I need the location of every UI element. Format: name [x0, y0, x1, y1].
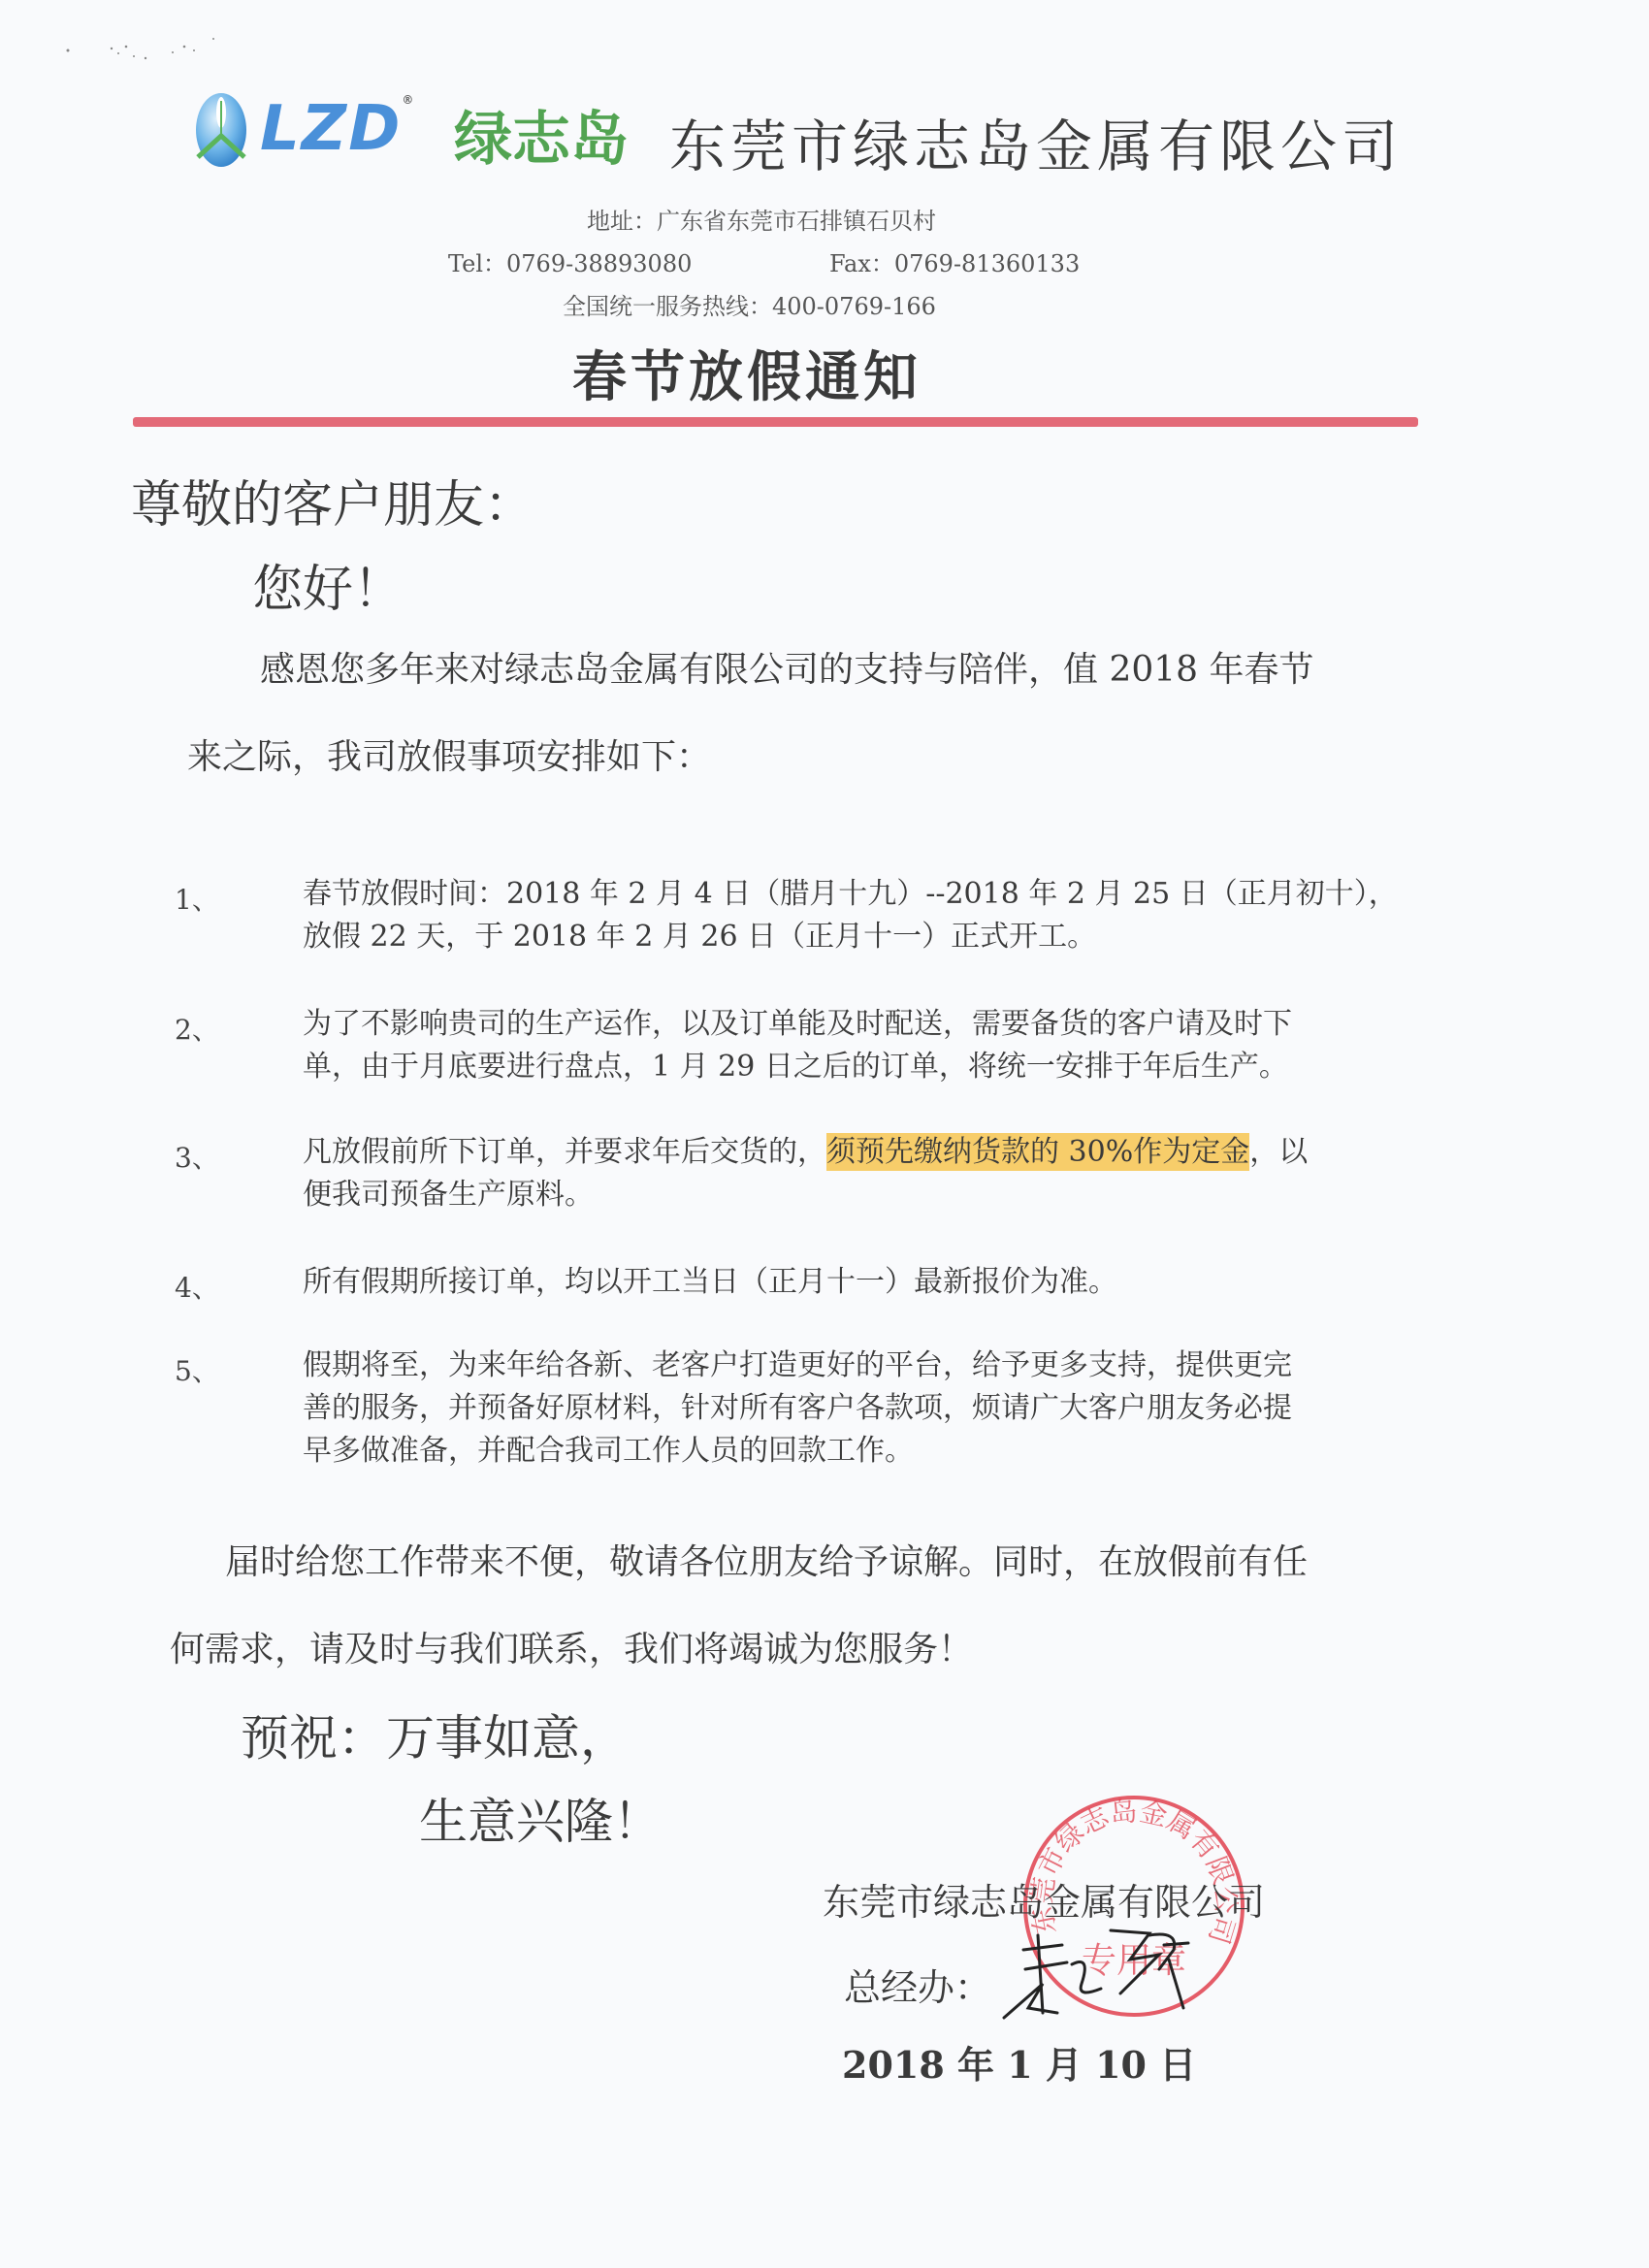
- item-text-line: 放假 22 天，于 2018 年 2 月 26 日（正月十一）正式开工。: [303, 916, 1096, 958]
- item-text-line: 春节放假时间：2018 年 2 月 4 日（腊月十九）--2018 年 2 月 …: [303, 873, 1398, 916]
- handwritten-signature: [985, 1916, 1208, 2023]
- item-number: 3、: [175, 1137, 219, 1176]
- signature-date: 2018 年 1 月 10 日: [842, 2035, 1196, 2089]
- scan-speckle: [58, 29, 252, 78]
- hotline: 全国统一服务热线：400-0769-166: [563, 287, 936, 321]
- intro-line-1: 感恩您多年来对绿志岛金属有限公司的支持与陪伴，值 2018 年春节: [260, 642, 1314, 692]
- closing-line-2: 何需求，请及时与我们联系，我们将竭诚为您服务！: [170, 1622, 973, 1671]
- item-text-line: 所有假期所接订单，均以开工当日（正月十一）最新报价为准。: [303, 1261, 1117, 1304]
- item-text-line: 单，由于月底要进行盘点，1 月 29 日之后的订单，将统一安排于年后生产。: [303, 1046, 1288, 1088]
- item-text-line: 早多做准备，并配合我司工作人员的回款工作。: [303, 1430, 914, 1473]
- logo-text: LZD®: [260, 93, 415, 165]
- company-name-header: 东莞市绿志岛金属有限公司: [669, 101, 1403, 182]
- salutation: 尊敬的客户朋友：: [131, 464, 534, 536]
- wishes-line-2: 生意兴隆！: [419, 1783, 662, 1853]
- item-text-line: 为了不影响贵司的生产运作，以及订单能及时配送，需要备货的客户请及时下: [303, 1003, 1292, 1046]
- item-text-line: 善的服务，并预备好原材料，针对所有客户各款项，烦请广大客户朋友务必提: [303, 1387, 1292, 1430]
- address: 地址：广东省东莞市石排镇石贝村: [587, 202, 936, 236]
- title-divider: [133, 417, 1418, 427]
- item-text-line: 假期将至，为来年给各新、老客户打造更好的平台，给予更多支持，提供更完: [303, 1345, 1292, 1387]
- item-number: 2、: [175, 1009, 219, 1048]
- fax: Fax：0769-81360133: [829, 244, 1080, 278]
- document-title: 春节放假通知: [572, 335, 921, 412]
- item-number: 4、: [175, 1267, 219, 1306]
- highlighted-deposit-note: 须预先缴纳货款的 30%作为定金: [826, 1133, 1249, 1171]
- item-text-line: 凡放假前所下订单，并要求年后交货的，须预先缴纳货款的 30%作为定金，以: [303, 1131, 1308, 1174]
- closing-line-1: 届时给您工作带来不便，敬请各位朋友给予谅解。同时，在放假前有任: [225, 1535, 1308, 1584]
- intro-line-2: 来之际，我司放假事项安排如下：: [187, 729, 711, 779]
- item-number: 1、: [175, 879, 219, 918]
- logo-chinese: 绿志岛: [454, 93, 629, 177]
- item-text-line: 便我司预备生产原料。: [303, 1174, 594, 1216]
- telephone: Tel：0769-38893080: [448, 244, 692, 278]
- logo-icon: [194, 91, 248, 169]
- item-number: 5、: [175, 1350, 219, 1389]
- greeting: 您好！: [252, 548, 404, 621]
- wishes-line-1: 预祝：万事如意，: [241, 1700, 629, 1769]
- signing-department: 总经办：: [844, 1958, 991, 2011]
